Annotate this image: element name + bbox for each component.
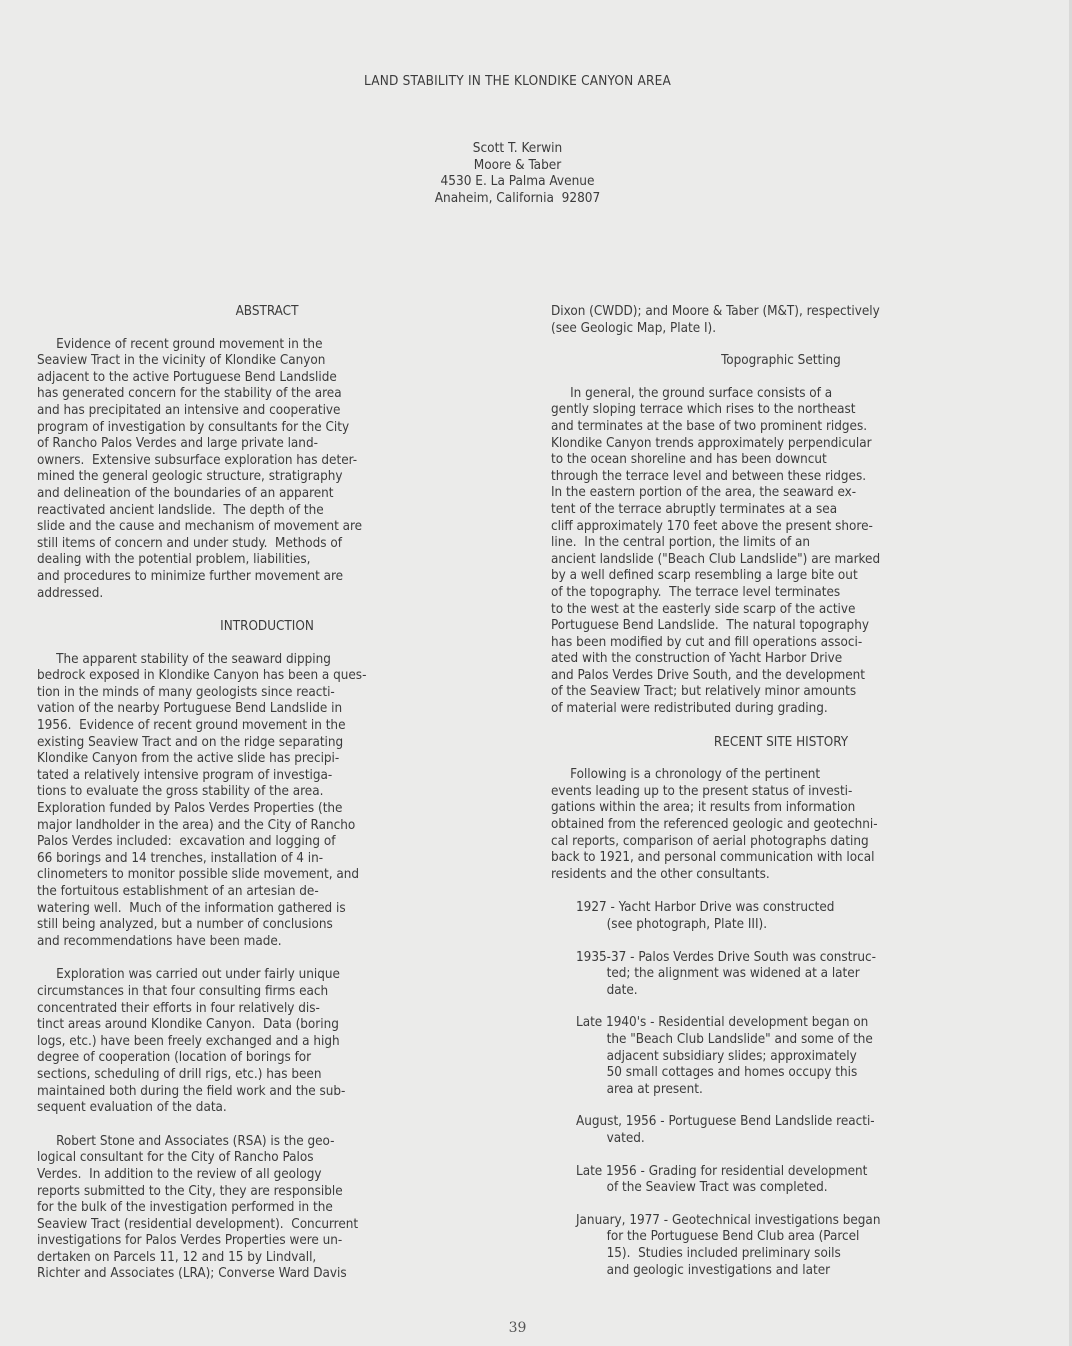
chronology-item: 1927 - Yacht Harbor Drive was constructe…	[551, 900, 1011, 933]
chronology-item: 1935-37 - Palos Verdes Drive South was c…	[551, 950, 1011, 1000]
author-address-line2: Anaheim, California 92807	[0, 190, 1035, 207]
abstract-heading: ABSTRACT	[37, 304, 497, 321]
author-name: Scott T. Kerwin	[0, 140, 1035, 157]
chronology-item: Late 1956 - Grading for residential deve…	[551, 1164, 1011, 1197]
page-number: 39	[0, 1320, 1035, 1336]
author-block: Scott T. Kerwin Moore & Taber 4530 E. La…	[0, 140, 1035, 206]
intro-paragraph-2: Exploration was carried out under fairly…	[37, 967, 497, 1116]
continuation-text: Dixon (CWDD); and Moore & Taber (M&T), r…	[551, 304, 1011, 337]
left-column: ABSTRACT Evidence of recent ground movem…	[37, 304, 497, 1283]
history-heading: RECENT SITE HISTORY	[551, 735, 1011, 752]
chronology-item: January, 1977 - Geotechnical investigati…	[551, 1213, 1011, 1279]
intro-paragraph-3: Robert Stone and Associates (RSA) is the…	[37, 1134, 497, 1283]
paper-title: LAND STABILITY IN THE KLONDIKE CANYON AR…	[0, 73, 1035, 89]
chronology-item: August, 1956 - Portuguese Bend Landslide…	[551, 1114, 1011, 1147]
topographic-heading: Topographic Setting	[551, 353, 1011, 370]
author-address-line1: 4530 E. La Palma Avenue	[0, 173, 1035, 190]
author-affiliation: Moore & Taber	[0, 157, 1035, 174]
abstract-text: Evidence of recent ground movement in th…	[37, 337, 497, 603]
intro-paragraph-1: The apparent stability of the seaward di…	[37, 652, 497, 951]
right-column: Dixon (CWDD); and Moore & Taber (M&T), r…	[551, 304, 1011, 1295]
topographic-text: In general, the ground surface consists …	[551, 386, 1011, 718]
chronology-item: Late 1940's - Residential development be…	[551, 1015, 1011, 1098]
history-intro: Following is a chronology of the pertine…	[551, 767, 1011, 883]
introduction-heading: INTRODUCTION	[37, 619, 497, 636]
